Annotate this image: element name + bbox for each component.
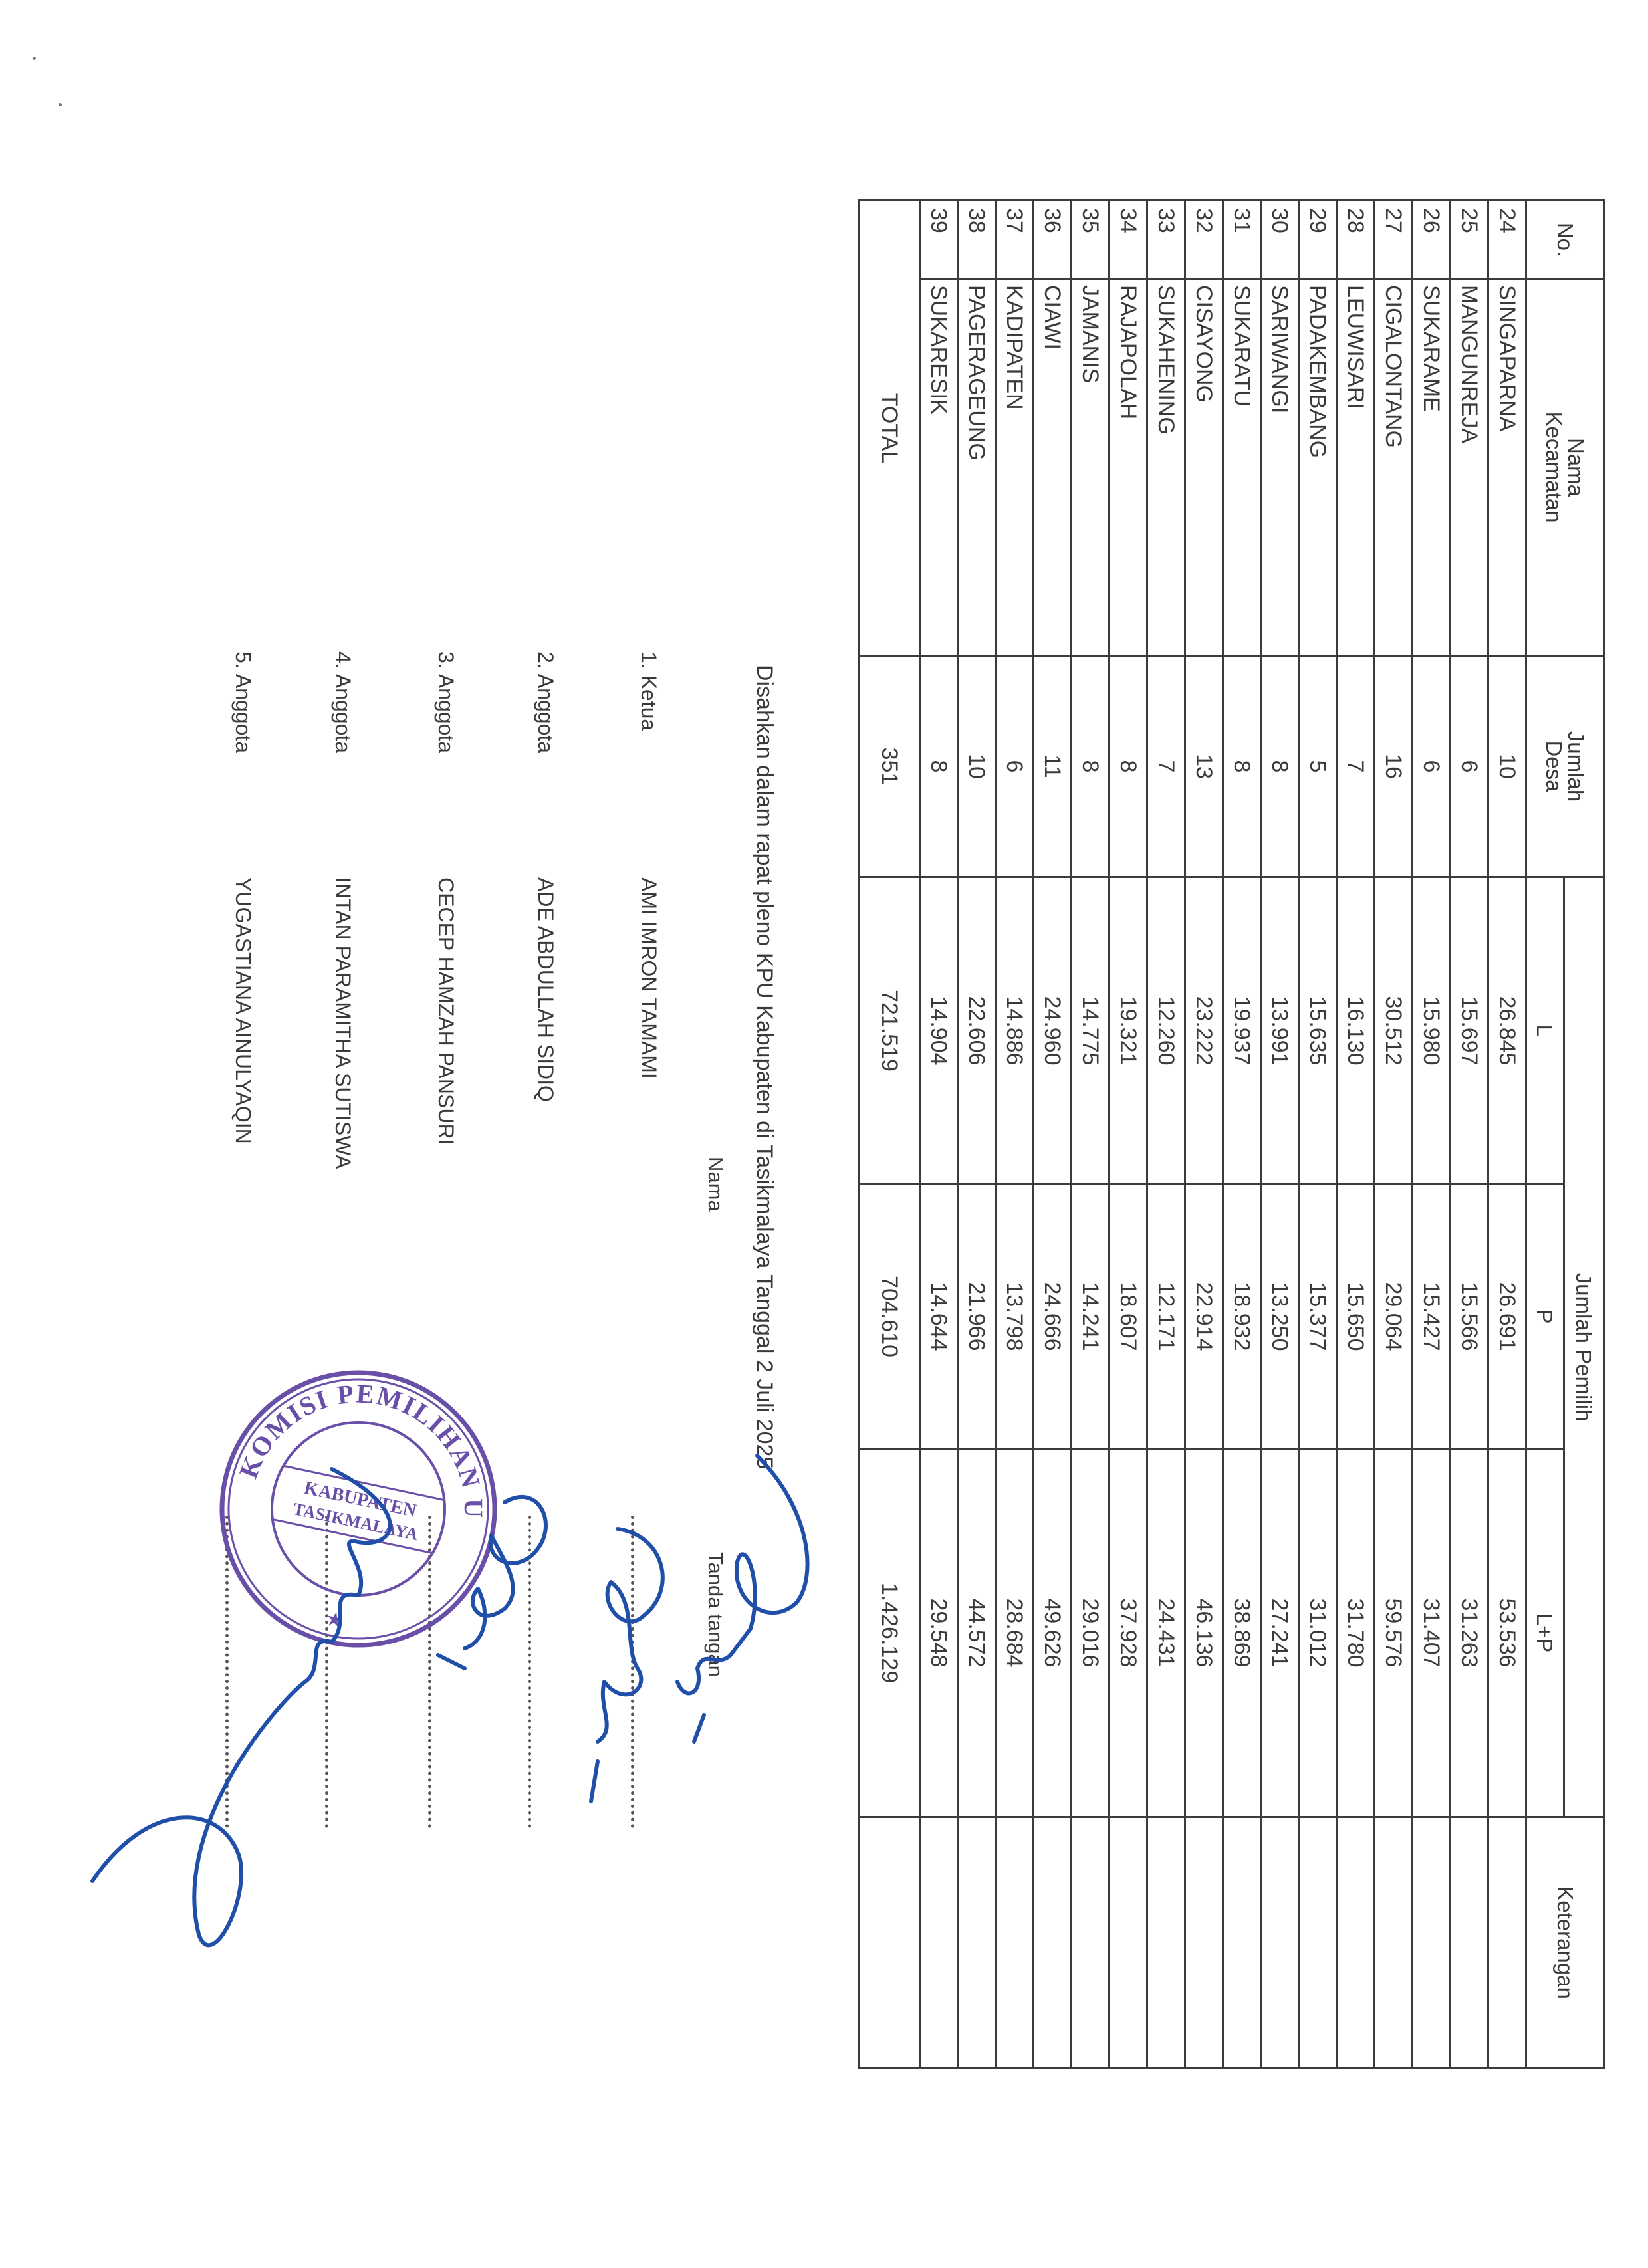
table-row: 38PAGERAGEUNG1022.60621.96644.572	[958, 201, 996, 2069]
table-body: 24SINGAPARNA1026.84526.69153.53625MANGUN…	[920, 201, 1526, 2069]
member-role: 5. Anggota	[231, 651, 255, 753]
pemilih-l: 15.697	[1451, 877, 1488, 1185]
keterangan	[1413, 1817, 1451, 2069]
row-number: 25	[1451, 201, 1488, 279]
row-number: 37	[996, 201, 1034, 279]
kecamatan-name: PADAKEMBANG	[1299, 279, 1337, 656]
pemilih-lp: 28.684	[996, 1449, 1034, 1817]
kecamatan-name: MANGUNREJA	[1451, 279, 1488, 656]
jumlah-desa: 10	[1488, 656, 1526, 877]
kecamatan-name: CIGALONTANG	[1375, 279, 1413, 656]
table-row: 36CIAWI1124.96024.66649.626	[1034, 201, 1072, 2069]
pemilih-p: 29.064	[1375, 1185, 1413, 1449]
keterangan	[1147, 1817, 1185, 2069]
row-number: 26	[1413, 201, 1451, 279]
keterangan	[1110, 1817, 1147, 2069]
keterangan	[1034, 1817, 1072, 2069]
pemilih-l: 13.991	[1261, 877, 1299, 1185]
pemilih-lp: 31.263	[1451, 1449, 1488, 1817]
kecamatan-name: SUKARESIK	[920, 279, 958, 656]
pemilih-l: 26.845	[1488, 877, 1526, 1185]
member-role: 1. Ketua	[636, 651, 661, 731]
kecamatan-name: SUKARATU	[1223, 279, 1261, 656]
table-row: 37KADIPATEN614.88613.79828.684	[996, 201, 1034, 2069]
jumlah-desa: 16	[1375, 656, 1413, 877]
pemilih-p: 15.566	[1451, 1185, 1488, 1449]
pemilih-l: 30.512	[1375, 877, 1413, 1185]
row-number: 35	[1072, 201, 1110, 279]
pemilih-p: 21.966	[958, 1185, 996, 1449]
pemilih-l: 12.260	[1147, 877, 1185, 1185]
keterangan	[996, 1817, 1034, 2069]
pemilih-p: 15.427	[1413, 1185, 1451, 1449]
keterangan	[1072, 1817, 1110, 2069]
pemilih-lp: 29.016	[1072, 1449, 1110, 1817]
kecamatan-name: SINGAPARNA	[1488, 279, 1526, 656]
pemilih-l: 14.886	[996, 877, 1034, 1185]
table-row: 31SUKARATU819.93718.93238.869	[1223, 201, 1261, 2069]
document-page: No. Nama Kecamatan Jumlah Desa Jumlah Pe…	[0, 0, 1648, 2268]
member-role: 4. Anggota	[330, 651, 355, 753]
jumlah-desa: 10	[958, 656, 996, 877]
row-number: 24	[1488, 201, 1526, 279]
table-row: 27CIGALONTANG1630.51229.06459.576	[1375, 201, 1413, 2069]
pemilih-l: 14.775	[1072, 877, 1110, 1185]
table-row: 33SUKAHENING712.26012.17124.431	[1147, 201, 1185, 2069]
kecamatan-name: JAMANIS	[1072, 279, 1110, 656]
table-row: 24SINGAPARNA1026.84526.69153.536	[1488, 201, 1526, 2069]
scan-speck	[59, 103, 62, 106]
pemilih-lp: 27.241	[1261, 1449, 1299, 1817]
table-row: 39SUKARESIK814.90414.64429.548	[920, 201, 958, 2069]
row-number: 32	[1185, 201, 1223, 279]
row-number: 33	[1147, 201, 1185, 279]
nama-column-header: Nama	[703, 1157, 727, 1212]
pemilih-p: 22.914	[1185, 1185, 1223, 1449]
member-name: ADE ABDULLAH SIDIQ	[533, 877, 558, 1102]
pemilih-lp: 31.012	[1299, 1449, 1337, 1817]
approval-statement: Disahkan dalam rapat pleno KPU Kabupaten…	[751, 665, 777, 1469]
pemilih-lp: 29.548	[920, 1449, 958, 1817]
kecamatan-name: SUKAHENING	[1147, 279, 1185, 656]
header-lp: L+P	[1526, 1449, 1564, 1817]
pemilih-l: 23.222	[1185, 877, 1223, 1185]
header-jumlah-desa: Jumlah Desa	[1526, 656, 1605, 877]
row-number: 30	[1261, 201, 1299, 279]
keterangan	[1223, 1817, 1261, 2069]
total-p: 704.610	[860, 1185, 920, 1449]
kecamatan-name: SARIWANGI	[1261, 279, 1299, 656]
keterangan	[920, 1817, 958, 2069]
keterangan	[1488, 1817, 1526, 2069]
pemilih-p: 13.250	[1261, 1185, 1299, 1449]
table-row: 26SUKARAME615.98015.42731.407	[1413, 201, 1451, 2069]
pemilih-l: 22.606	[958, 877, 996, 1185]
pemilih-lp: 53.536	[1488, 1449, 1526, 1817]
total-keterangan	[860, 1817, 920, 2069]
pemilih-p: 12.171	[1147, 1185, 1185, 1449]
kecamatan-name: CIAWI	[1034, 279, 1072, 656]
total-l: 721.519	[860, 877, 920, 1185]
member-name: INTAN PARAMITHA SUTISWA	[330, 877, 355, 1169]
row-number: 29	[1299, 201, 1337, 279]
pemilih-p: 15.650	[1337, 1185, 1375, 1449]
pemilih-l: 19.937	[1223, 877, 1261, 1185]
voter-count-table: No. Nama Kecamatan Jumlah Desa Jumlah Pe…	[858, 199, 1605, 2069]
scan-speck	[33, 57, 36, 60]
jumlah-desa: 5	[1299, 656, 1337, 877]
member-name: AMI IMRON TAMAMI	[636, 877, 661, 1079]
member-name: YUGASTIANA AINULYAQIN	[231, 877, 255, 1144]
header-no: No.	[1526, 201, 1605, 279]
row-number: 34	[1110, 201, 1147, 279]
jumlah-desa: 8	[1110, 656, 1147, 877]
kecamatan-name: RAJAPOLAH	[1110, 279, 1147, 656]
keterangan	[1261, 1817, 1299, 2069]
jumlah-desa: 8	[1261, 656, 1299, 877]
table-row: 25MANGUNREJA615.69715.56631.263	[1451, 201, 1488, 2069]
table-row: 34RAJAPOLAH819.32118.60737.928	[1110, 201, 1147, 2069]
jumlah-desa: 8	[1072, 656, 1110, 877]
jumlah-desa: 6	[1413, 656, 1451, 877]
pemilih-lp: 31.407	[1413, 1449, 1451, 1817]
pemilih-l: 14.904	[920, 877, 958, 1185]
pemilih-p: 14.241	[1072, 1185, 1110, 1449]
jumlah-desa: 7	[1147, 656, 1185, 877]
row-number: 39	[920, 201, 958, 279]
handwritten-signatures	[39, 1429, 837, 2094]
pemilih-lp: 49.626	[1034, 1449, 1072, 1817]
jumlah-desa: 6	[996, 656, 1034, 877]
kecamatan-name: KADIPATEN	[996, 279, 1034, 656]
jumlah-desa: 11	[1034, 656, 1072, 877]
signature-anggota-2	[591, 1529, 663, 1801]
pemilih-lp: 38.869	[1223, 1449, 1261, 1817]
pemilih-lp: 59.576	[1375, 1449, 1413, 1817]
jumlah-desa: 13	[1185, 656, 1223, 877]
jumlah-desa: 8	[1223, 656, 1261, 877]
row-number: 38	[958, 201, 996, 279]
table-row: 35JAMANIS814.77514.24129.016	[1072, 201, 1110, 2069]
pemilih-l: 19.321	[1110, 877, 1147, 1185]
keterangan	[1375, 1817, 1413, 2069]
table-row: 32CISAYONG1323.22222.91446.136	[1185, 201, 1223, 2069]
pemilih-l: 16.130	[1337, 877, 1375, 1185]
member-role: 2. Anggota	[533, 651, 558, 753]
keterangan	[958, 1817, 996, 2069]
header-p: P	[1526, 1185, 1564, 1449]
table-row: 30SARIWANGI813.99113.25027.241	[1261, 201, 1299, 2069]
signature-anggota-4	[92, 1469, 390, 1945]
pemilih-l: 15.980	[1413, 877, 1451, 1185]
kecamatan-name: LEUWISARI	[1337, 279, 1375, 656]
member-role: 3. Anggota	[433, 651, 458, 753]
pemilih-p: 14.644	[920, 1185, 958, 1449]
kecamatan-name: PAGERAGEUNG	[958, 279, 996, 656]
pemilih-p: 18.932	[1223, 1185, 1261, 1449]
pemilih-p: 13.798	[996, 1185, 1034, 1449]
pemilih-lp: 44.572	[958, 1449, 996, 1817]
jumlah-desa: 7	[1337, 656, 1375, 877]
header-l: L	[1526, 877, 1564, 1185]
pemilih-l: 24.960	[1034, 877, 1072, 1185]
row-number: 31	[1223, 201, 1261, 279]
keterangan	[1299, 1817, 1337, 2069]
row-number: 36	[1034, 201, 1072, 279]
total-row: TOTAL 351 721.519 704.610 1.426.129	[860, 201, 920, 2069]
row-number: 27	[1375, 201, 1413, 279]
pemilih-p: 18.607	[1110, 1185, 1147, 1449]
header-nama-kecamatan: Nama Kecamatan	[1526, 279, 1605, 656]
pemilih-lp: 24.431	[1147, 1449, 1185, 1817]
jumlah-desa: 8	[920, 656, 958, 877]
total-label: TOTAL	[860, 201, 920, 656]
kecamatan-name: CISAYONG	[1185, 279, 1223, 656]
pemilih-lp: 37.928	[1110, 1449, 1147, 1817]
keterangan	[1337, 1817, 1375, 2069]
keterangan	[1185, 1817, 1223, 2069]
member-name: CECEP HAMZAH PANSURI	[433, 877, 458, 1145]
total-desa: 351	[860, 656, 920, 877]
pemilih-p: 15.377	[1299, 1185, 1337, 1449]
pemilih-p: 26.691	[1488, 1185, 1526, 1449]
pemilih-l: 15.635	[1299, 877, 1337, 1185]
signature-ketua	[677, 1456, 808, 1742]
row-number: 28	[1337, 201, 1375, 279]
jumlah-desa: 6	[1451, 656, 1488, 877]
table-row: 29PADAKEMBANG515.63515.37731.012	[1299, 201, 1337, 2069]
signature-anggota-3	[438, 1497, 546, 1668]
header-keterangan: Keterangan	[1526, 1817, 1605, 2069]
kecamatan-name: SUKARAME	[1413, 279, 1451, 656]
total-lp: 1.426.129	[860, 1449, 920, 1817]
pemilih-lp: 31.780	[1337, 1449, 1375, 1817]
pemilih-p: 24.666	[1034, 1185, 1072, 1449]
keterangan	[1451, 1817, 1488, 2069]
pemilih-lp: 46.136	[1185, 1449, 1223, 1817]
header-jumlah-pemilih: Jumlah Pemilih	[1564, 877, 1605, 1817]
table-row: 28LEUWISARI716.13015.65031.780	[1337, 201, 1375, 2069]
